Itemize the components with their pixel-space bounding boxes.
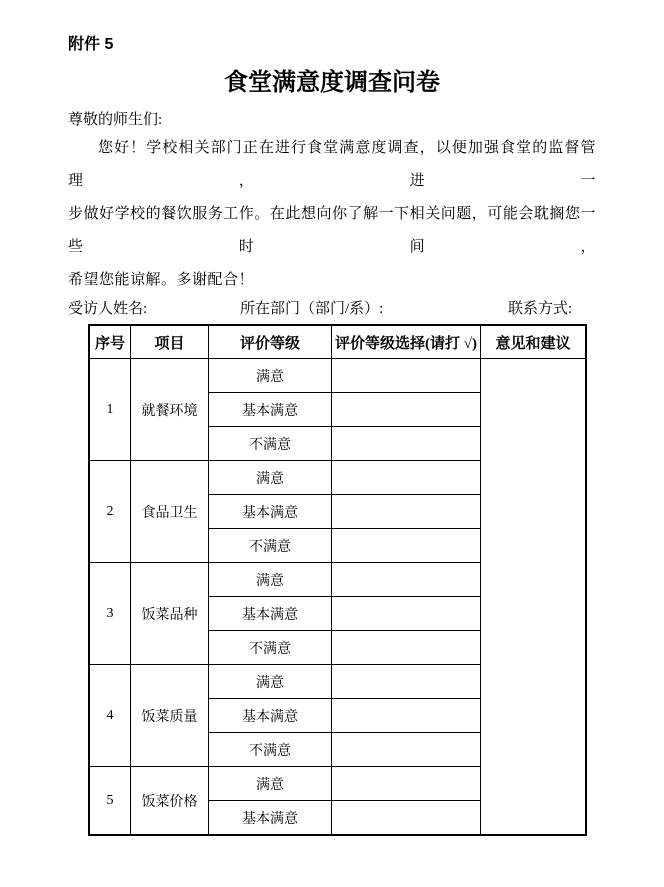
rating-level-cell: 满意 [209,563,332,597]
row-serial-number: 2 [89,461,131,563]
rating-level-cell: 满意 [209,665,332,699]
row-serial-number: 4 [89,665,131,767]
row-item-name: 食品卫生 [131,461,209,563]
rating-choice-cell[interactable] [332,631,481,665]
rating-level-cell: 基本满意 [209,801,332,836]
attachment-label: 附件 5 [68,34,596,56]
rating-level-cell: 基本满意 [209,597,332,631]
row-item-name: 饭菜价格 [131,767,209,836]
rating-choice-cell[interactable] [332,495,481,529]
rating-level-cell: 满意 [209,767,332,801]
contact-label: 联系方式: [508,297,572,322]
row-item-name: 饭菜品种 [131,563,209,665]
rating-choice-cell[interactable] [332,733,481,767]
rating-choice-cell[interactable] [332,801,481,836]
intro-line-3: 希望您能谅解。多谢配合！ [68,264,596,297]
intro-line-1: 您好！学校相关部门正在进行食堂满意度调查，以便加强食堂的监督管理，进一 [68,132,596,198]
rating-choice-cell[interactable] [332,767,481,801]
page-title: 食堂满意度调查问卷 [68,66,596,100]
header-rating-choice: 评价等级选择(请打 √) [332,325,481,359]
respondent-name-label: 受访人姓名: [68,297,147,322]
rating-level-cell: 满意 [209,359,332,393]
header-item: 项目 [131,325,209,359]
row-item-name: 饭菜质量 [131,665,209,767]
table-header-row: 序号 项目 评价等级 评价等级选择(请打 √) 意见和建议 [89,325,586,359]
table-row: 1就餐环境满意 [89,359,586,393]
respondent-fields-row: 受访人姓名: 所在部门（部门/系）: 联系方式: [68,297,596,322]
header-rating-level: 评价等级 [209,325,332,359]
rating-level-cell: 满意 [209,461,332,495]
rating-level-cell: 基本满意 [209,495,332,529]
rating-choice-cell[interactable] [332,665,481,699]
rating-choice-cell[interactable] [332,359,481,393]
intro-paragraph: 您好！学校相关部门正在进行食堂满意度调查，以便加强食堂的监督管理，进一 步做好学… [68,132,596,297]
rating-level-cell: 不满意 [209,427,332,461]
rating-level-cell: 不满意 [209,529,332,563]
rating-choice-cell[interactable] [332,529,481,563]
intro-line-2: 步做好学校的餐饮服务工作。在此想向你了解一下相关问题，可能会耽搁您一些时间， [68,198,596,264]
row-item-name: 就餐环境 [131,359,209,461]
rating-level-cell: 不满意 [209,733,332,767]
row-serial-number: 3 [89,563,131,665]
header-suggestions: 意见和建议 [481,325,587,359]
survey-table-body: 1就餐环境满意基本满意不满意2食品卫生满意基本满意不满意3饭菜品种满意基本满意不… [89,359,586,836]
rating-level-cell: 基本满意 [209,393,332,427]
satisfaction-survey-table: 序号 项目 评价等级 评价等级选择(请打 √) 意见和建议 1就餐环境满意基本满… [88,324,587,836]
header-serial-number: 序号 [89,325,131,359]
rating-level-cell: 基本满意 [209,699,332,733]
rating-choice-cell[interactable] [332,699,481,733]
rating-choice-cell[interactable] [332,427,481,461]
rating-choice-cell[interactable] [332,393,481,427]
department-label: 所在部门（部门/系）: [240,297,383,322]
row-serial-number: 1 [89,359,131,461]
rating-level-cell: 不满意 [209,631,332,665]
rating-choice-cell[interactable] [332,461,481,495]
row-serial-number: 5 [89,767,131,836]
rating-choice-cell[interactable] [332,597,481,631]
suggestions-cell[interactable] [481,359,587,836]
rating-choice-cell[interactable] [332,563,481,597]
document-page: 附件 5 食堂满意度调查问卷 尊敬的师生们: 您好！学校相关部门正在进行食堂满意… [0,0,664,887]
greeting-line: 尊敬的师生们: [68,108,596,132]
